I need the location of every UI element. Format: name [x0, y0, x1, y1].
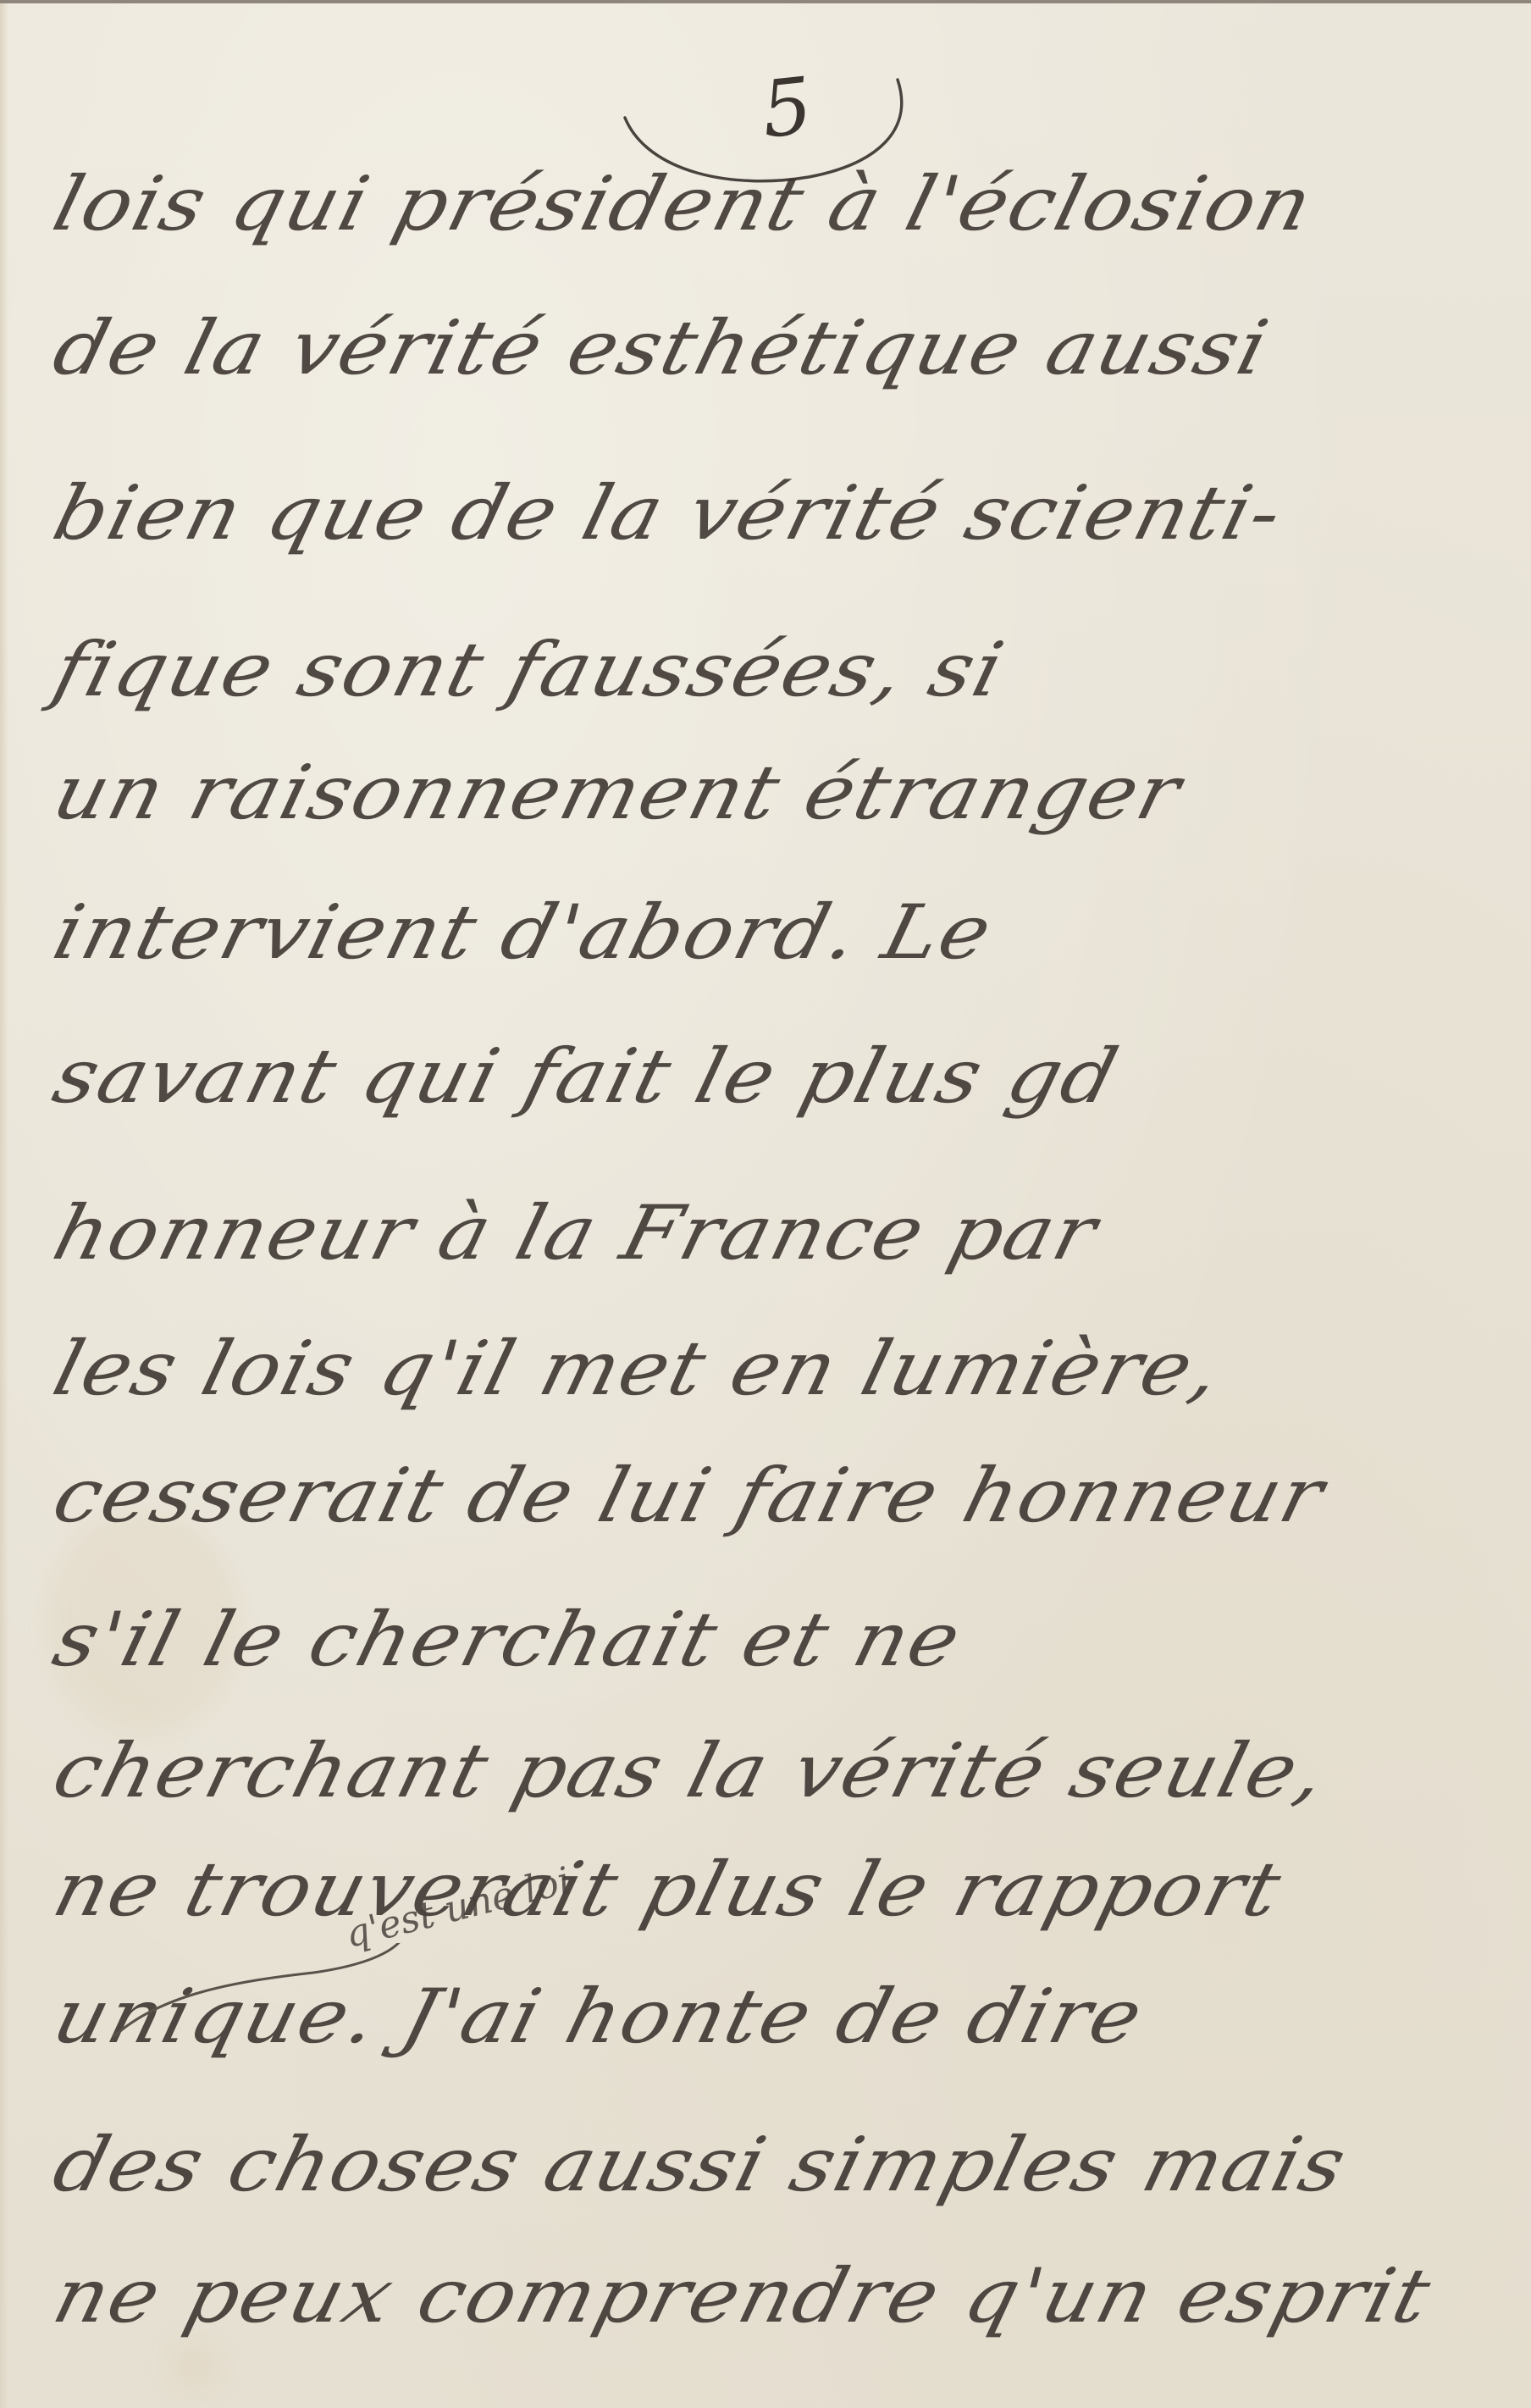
paper-left-edge — [0, 3, 8, 2408]
manuscript-line-9: les lois q'il met en lumière, — [47, 1331, 1229, 1406]
manuscript-line-3: bien que de la vérité scienti- — [47, 476, 1291, 551]
manuscript-line-1: lois qui président à l'éclosion — [47, 167, 1320, 241]
manuscript-line-12: cherchant pas la vérité seule, — [47, 1734, 1334, 1808]
manuscript-line-10: cesserait de lui faire honneur — [47, 1459, 1332, 1533]
manuscript-line-11: s'il le cherchait et ne — [47, 1603, 969, 1677]
paper-stain — [169, 2341, 220, 2392]
manuscript-line-16: ne peux comprendre q'un esprit — [47, 2259, 1439, 2333]
insertion-caret-stroke — [110, 1943, 415, 2045]
manuscript-line-4: fique sont faussées, si — [47, 633, 1012, 707]
manuscript-page: 5 lois qui président à l'éclosion de la … — [0, 3, 1531, 2408]
manuscript-line-15: des choses aussi simples mais — [47, 2128, 1354, 2202]
manuscript-line-6: intervient d'abord. Le — [47, 895, 1000, 970]
manuscript-line-7: savant qui fait le plus gd — [47, 1039, 1126, 1114]
manuscript-line-13: ne trouverait plus le rapport — [47, 1852, 1289, 1927]
manuscript-line-2: de la vérité esthétique aussi — [47, 311, 1276, 385]
manuscript-line-5: un raisonnement étranger — [47, 756, 1189, 830]
manuscript-line-8: honneur à la France par — [47, 1196, 1105, 1270]
